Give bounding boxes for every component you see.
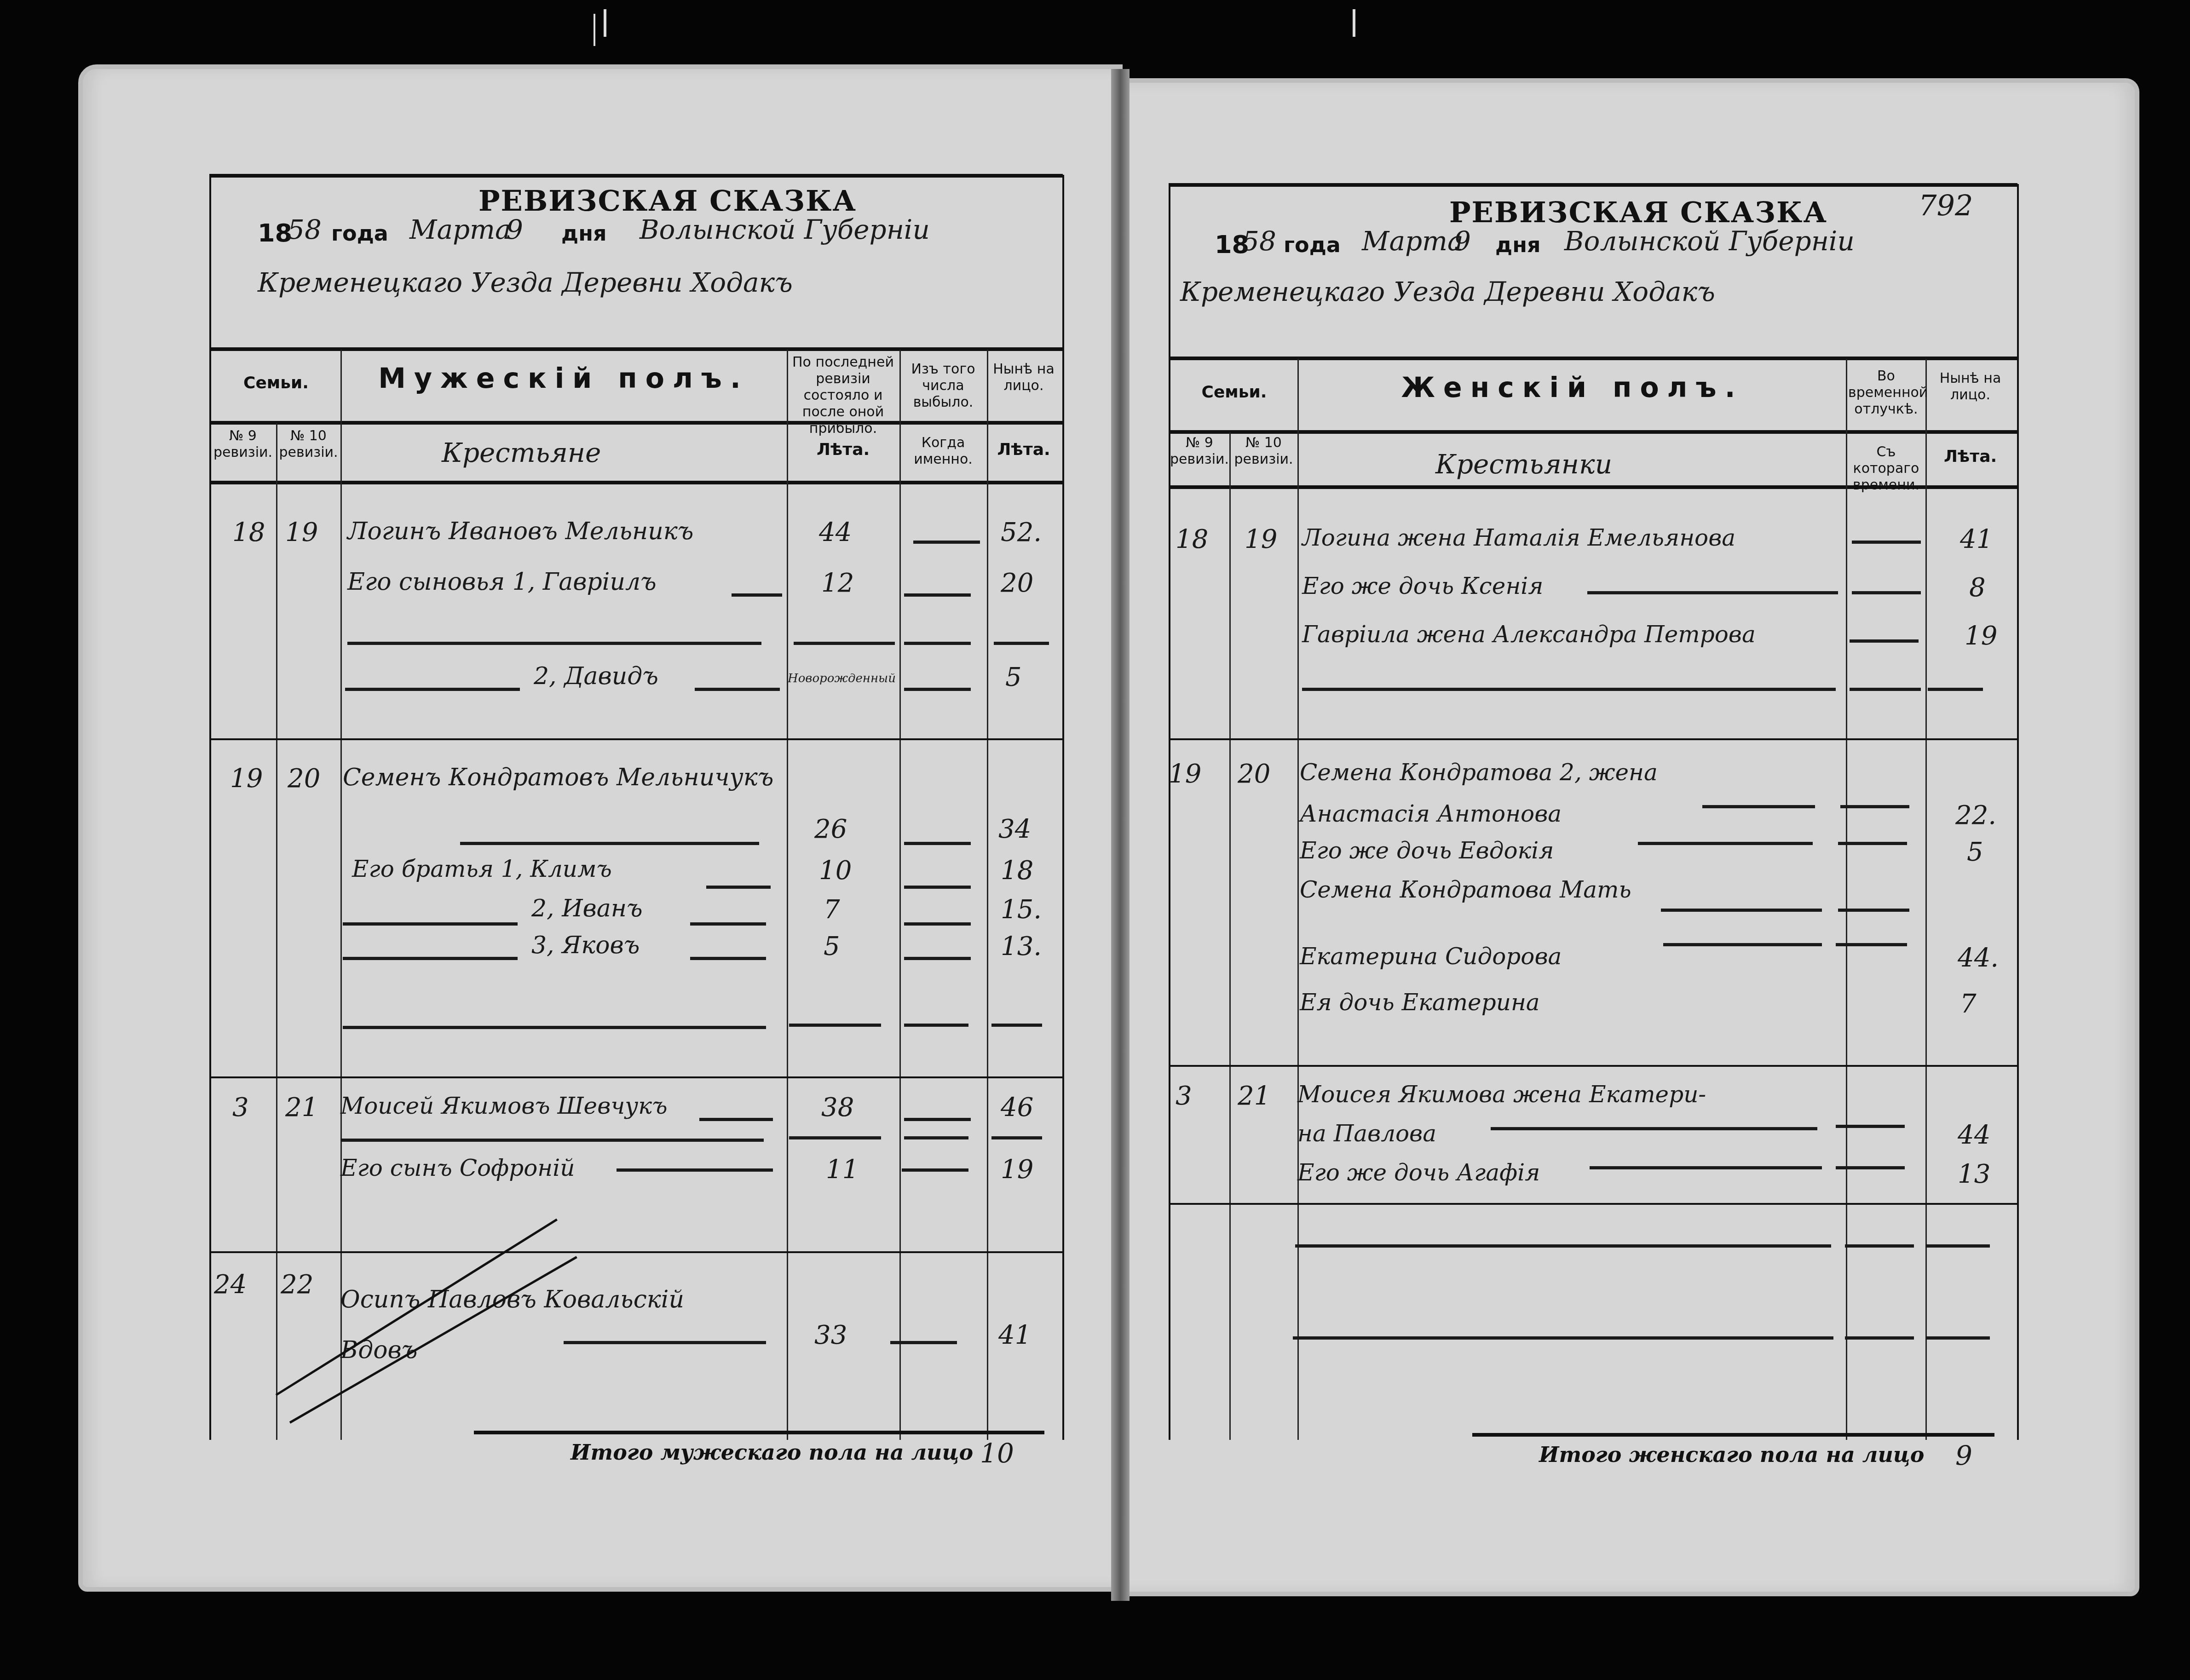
name: Моисей Якимовъ Шевчукъ (340, 1093, 668, 1119)
rev9-value: 3 (1176, 1081, 1192, 1111)
absence-dash (1836, 1125, 1905, 1128)
blank-dash (789, 1136, 881, 1139)
left-header-rule (209, 347, 1063, 351)
present-age: 5 (1967, 837, 1983, 867)
province: Волынской Губерніи (1564, 225, 1855, 257)
name: Его же дочь Евдокія (1300, 837, 1554, 864)
scan-edge-mark (1353, 9, 1355, 37)
name-dash (1661, 909, 1822, 912)
year-handwritten: 58 (288, 214, 322, 245)
month: Марта (409, 214, 511, 245)
left-group-rule (209, 738, 1063, 740)
name: на Павлова (1297, 1120, 1436, 1147)
left-col-divider (899, 350, 901, 1440)
name: Его братья 1, Климъ (352, 856, 612, 882)
name: Семенъ Кондратовъ Мельничукъ (343, 764, 773, 791)
rev10-value: 21 (1238, 1081, 1270, 1111)
male-section-header: Мужескій полъ. (343, 370, 784, 387)
name-dash (690, 957, 766, 960)
left-col-divider (787, 350, 788, 1440)
female-section-header: Женскій полъ. (1300, 380, 1845, 396)
present-age: 34 (998, 814, 1031, 844)
left-top-rule (209, 174, 1063, 178)
years-header: Лѣта. (1928, 449, 2013, 465)
name: Его же дочь Ксенія (1302, 573, 1543, 599)
departed-dash (902, 1168, 968, 1172)
left-body-rule (209, 481, 1063, 484)
blank-dash (1925, 1336, 1990, 1340)
rev10-value: 19 (1245, 524, 1277, 554)
scan-edge-mark (604, 9, 606, 37)
name-lead-dash (343, 922, 518, 926)
prev-age: 33 (814, 1320, 847, 1350)
name: Осипъ Павловъ Ковальскій Вдовъ (340, 1274, 764, 1375)
year-printed: 18 (258, 219, 292, 247)
absence-dash (1852, 591, 1921, 594)
absence-dash (1836, 943, 1907, 946)
name-dash (564, 1341, 766, 1344)
name-dash (460, 842, 759, 845)
rev10-header: № 10 ревизіи. (277, 428, 340, 461)
right-col-divider (1229, 432, 1231, 1440)
rev9-header: № 9 ревизіи. (1170, 435, 1229, 468)
blank-dash (343, 1026, 766, 1029)
right-col-divider (1925, 359, 1927, 1440)
blank-dash (904, 1024, 968, 1027)
col-last-revision-header: По последней ревизіи состояло и после он… (789, 354, 897, 437)
total-value: 9 (1955, 1440, 1972, 1471)
present-age: 7 (1960, 989, 1977, 1019)
prev-age: 44 (819, 518, 852, 547)
right-group-rule (1169, 738, 2017, 740)
name: 3, Яковъ (531, 932, 640, 959)
since-when-header: Съ котораго времени. (1848, 444, 1924, 494)
right-col-divider (1297, 359, 1299, 1440)
name-dash (699, 1118, 773, 1121)
page-number: 792 (1919, 189, 1973, 222)
blank-dash (347, 642, 761, 645)
absence-dash (1850, 639, 1919, 643)
name-lead-dash (343, 957, 518, 960)
name-lead-dash (345, 688, 520, 691)
blank-dash (1845, 1244, 1914, 1248)
absence-dash (1838, 909, 1909, 912)
present-age: 52. (1001, 518, 1042, 547)
book-gutter (1111, 69, 1130, 1601)
blank-dash (904, 642, 971, 645)
blank-dash (340, 1139, 764, 1142)
day-label: дня (1495, 232, 1540, 257)
present-age: 41 (998, 1320, 1031, 1350)
present-age: 15. (1001, 895, 1042, 925)
left-group-rule (209, 1076, 1063, 1078)
right-total-rule (1472, 1433, 1994, 1437)
rev10-value: 19 (285, 518, 318, 547)
blank-dash (794, 642, 895, 645)
col-departed-header: Изъ того числа выбыло. (902, 361, 985, 411)
name: Логинъ Ивановъ Мельникъ (347, 518, 693, 545)
blank-dash (991, 1024, 1042, 1027)
present-age: 19 (1001, 1155, 1033, 1185)
absence-dash (1840, 805, 1909, 808)
year-label: года (331, 221, 388, 246)
present-age: 22. (1955, 800, 1996, 830)
rev9-value: 18 (1176, 524, 1208, 554)
left-group-rule (209, 1251, 1063, 1253)
rev9-value: 19 (230, 764, 263, 794)
left-title: РЕВИЗСКАЯ СКАЗКА (478, 184, 857, 218)
rev10-value: 20 (288, 764, 320, 794)
right-group-rule (1169, 1065, 2017, 1067)
right-subheader-rule (1169, 430, 2017, 434)
prev-age: 7 (824, 895, 840, 925)
day: 9 (506, 214, 523, 245)
name: Ея дочь Екатерина (1300, 989, 1540, 1016)
rev10-header: № 10 ревизіи. (1231, 435, 1297, 468)
prev-age: 11 (826, 1155, 859, 1185)
prev-age: Новорожденный (788, 672, 896, 685)
departed-dash (904, 886, 971, 889)
right-group-rule (1169, 1203, 2017, 1205)
name-dash (706, 886, 771, 889)
departed-dash (904, 922, 971, 926)
day-label: дня (561, 221, 606, 246)
departed-dash (904, 957, 971, 960)
left-col-divider (276, 423, 277, 1440)
province: Волынской Губерніи (640, 214, 930, 245)
rev9-value: 18 (232, 518, 265, 547)
name-dash (1491, 1127, 1817, 1130)
name: 2, Давидъ (534, 662, 658, 690)
name-dash (617, 1168, 773, 1172)
name: Екатерина Сидорова (1300, 943, 1562, 970)
name: Гавріила жена Александра Петрова (1302, 621, 1756, 648)
name-dash (1587, 591, 1838, 594)
departed-dash (913, 541, 980, 544)
rev9-header: № 9 ревизіи. (211, 428, 275, 461)
left-subheader-rule (209, 421, 1063, 425)
name-dash (690, 922, 766, 926)
name-dash (1638, 842, 1813, 845)
present-age: 5 (1005, 662, 1022, 692)
prev-age: 5 (824, 932, 840, 961)
name: Анастасія Антонова (1300, 800, 1562, 827)
blank-dash (1925, 1244, 1990, 1248)
years-header: Лѣта. (789, 442, 897, 458)
absence-dash (1836, 1166, 1905, 1169)
left-district-line: Кременецкаго Уезда Деревни Ходакъ (258, 267, 793, 298)
departed-dash (890, 1341, 957, 1344)
prev-age: 26 (814, 814, 847, 844)
name: Моисея Якимова жена Екатери- (1297, 1081, 1706, 1108)
blank-dash (994, 642, 1049, 645)
absence-dash (1852, 541, 1921, 544)
present-age: 13 (1958, 1159, 1990, 1189)
name-dash (1702, 805, 1815, 808)
blank-dash (1295, 1244, 1831, 1248)
name: Семена Кондратова Мать (1300, 876, 1631, 903)
col-absence-header: Во временной отлучкѣ. (1848, 368, 1924, 418)
name: Его же дочь Агафія (1297, 1159, 1540, 1186)
prev-age: 10 (819, 856, 852, 886)
blank-dash (1845, 1336, 1914, 1340)
right-title: РЕВИЗСКАЯ СКАЗКА (1449, 196, 1827, 229)
present-age: 20 (1001, 568, 1033, 598)
departed-dash (904, 842, 971, 845)
month: Марта (1362, 225, 1464, 257)
prev-age: 12 (821, 568, 854, 598)
year-label: года (1284, 232, 1341, 257)
scan-edge-mark (594, 14, 595, 46)
blank-dash (1302, 688, 1836, 691)
absence-dash (1838, 842, 1907, 845)
name: Логина жена Наталія Емельянова (1302, 524, 1735, 551)
day: 9 (1454, 225, 1471, 257)
right-header-rule (1169, 357, 2017, 360)
departed-dash (904, 1118, 971, 1121)
name-dash (695, 688, 780, 691)
name-dash (1663, 943, 1822, 946)
col-present-header: Нынѣ на лицо. (1928, 370, 2013, 403)
present-age: 19 (1965, 621, 1997, 651)
blank-dash (1850, 688, 1921, 691)
rev10-value: 21 (285, 1093, 318, 1122)
rev9-value: 19 (1169, 759, 1201, 789)
present-age: 44. (1958, 943, 1999, 973)
present-age: 8 (1969, 573, 1986, 603)
present-age: 46 (1001, 1093, 1033, 1122)
departed-dash (904, 688, 971, 691)
present-age: 41 (1960, 524, 1993, 554)
present-age: 44 (1958, 1120, 1990, 1150)
rev9-value: 24 (214, 1270, 247, 1300)
blank-dash (789, 1024, 881, 1027)
departed-dash (904, 593, 971, 597)
category-label: Крестьянки (1435, 449, 1612, 480)
name-dash (732, 593, 782, 597)
prev-age: 38 (821, 1093, 854, 1122)
families-header: Семьи. (212, 375, 340, 391)
total-value: 10 (980, 1438, 1014, 1469)
total-label: Итого женскаго пола на лицо (1539, 1442, 1924, 1467)
when-header: Когда именно. (902, 435, 985, 468)
name: Его сыновья 1, Гавріилъ (347, 568, 657, 596)
right-top-rule (1169, 183, 2017, 187)
present-age: 18 (1001, 856, 1033, 886)
years-present-header: Лѣта. (989, 442, 1058, 458)
right-district-line: Кременецкаго Уезда Деревни Ходакъ (1180, 276, 1715, 307)
category-label: Крестьяне (442, 437, 601, 468)
right-col-divider (1846, 359, 1847, 1440)
rev9-value: 3 (232, 1093, 249, 1122)
left-total-rule (474, 1431, 1044, 1434)
rev10-value: 20 (1238, 759, 1270, 789)
blank-dash (904, 1136, 968, 1139)
blank-dash (1293, 1336, 1833, 1340)
col-present-header: Нынѣ на лицо. (989, 361, 1058, 394)
name: Его сынъ Софроній (340, 1155, 575, 1181)
name: Семена Кондратова 2, жена (1300, 759, 1658, 786)
name-dash (1590, 1166, 1822, 1169)
blank-dash (991, 1136, 1042, 1139)
total-label: Итого мужескаго пола на лицо (571, 1440, 973, 1465)
left-col-divider (987, 350, 988, 1440)
name: 2, Иванъ (531, 895, 643, 922)
rev10-value: 22 (281, 1270, 313, 1300)
present-age: 13. (1001, 932, 1042, 961)
blank-dash (1928, 688, 1983, 691)
year-handwritten: 58 (1242, 225, 1276, 257)
families-header: Семьи. (1171, 384, 1297, 401)
